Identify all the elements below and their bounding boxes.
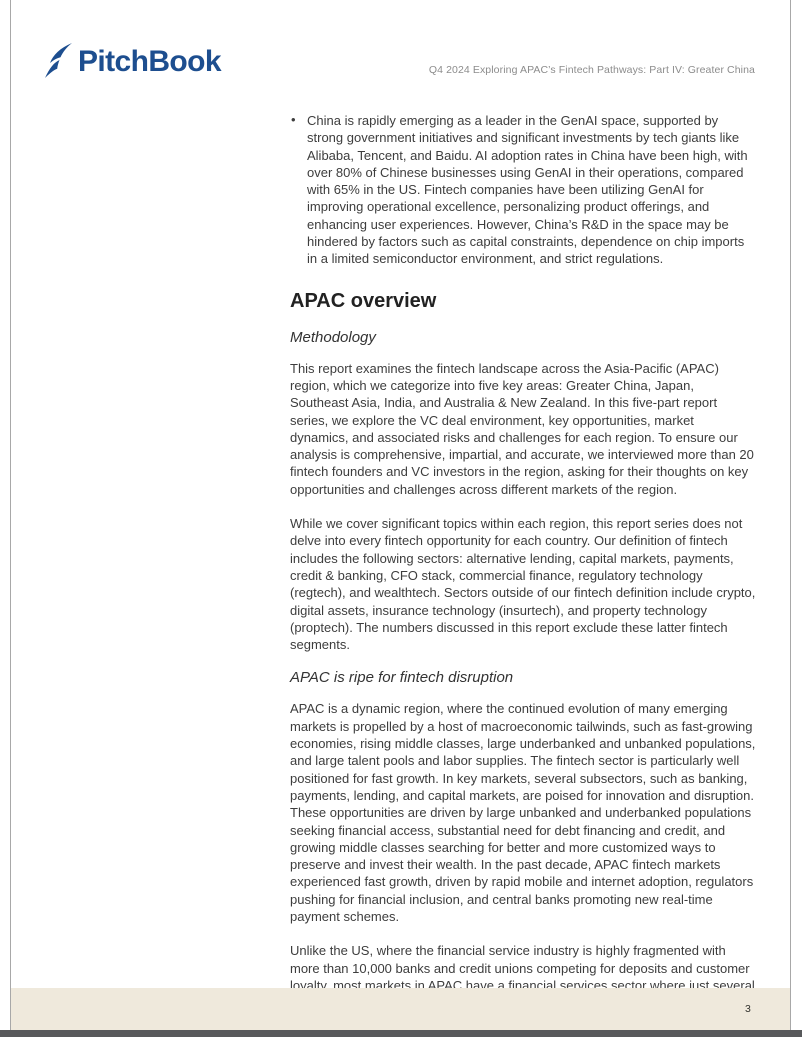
subheading-apac-disruption: APAC is ripe for fintech disruption [290,668,756,687]
footer-band [11,988,790,1030]
pitchbook-logo-icon [42,42,74,80]
pitchbook-logo: PitchBook [42,42,221,80]
bullet-text: China is rapidly emerging as a leader in… [307,113,748,266]
methodology-paragraph-2: While we cover significant topics within… [290,515,756,653]
report-header-title: Q4 2024 Exploring APAC’s Fintech Pathway… [429,64,755,76]
section-heading-apac-overview: APAC overview [290,289,756,313]
subheading-methodology: Methodology [290,328,756,347]
document-body: • China is rapidly emerging as a leader … [290,112,756,1011]
page-right-border [790,0,791,1030]
page-number: 3 [745,1003,751,1015]
methodology-paragraph-1: This report examines the fintech landsca… [290,360,756,498]
bullet-item-genai-china: • China is rapidly emerging as a leader … [290,112,756,268]
bullet-marker: • [291,111,296,128]
viewer-bottom-strip [0,1030,802,1037]
pitchbook-logo-text: PitchBook [78,45,221,77]
page-left-border [10,0,11,1030]
disruption-paragraph-1: APAC is a dynamic region, where the cont… [290,700,756,925]
